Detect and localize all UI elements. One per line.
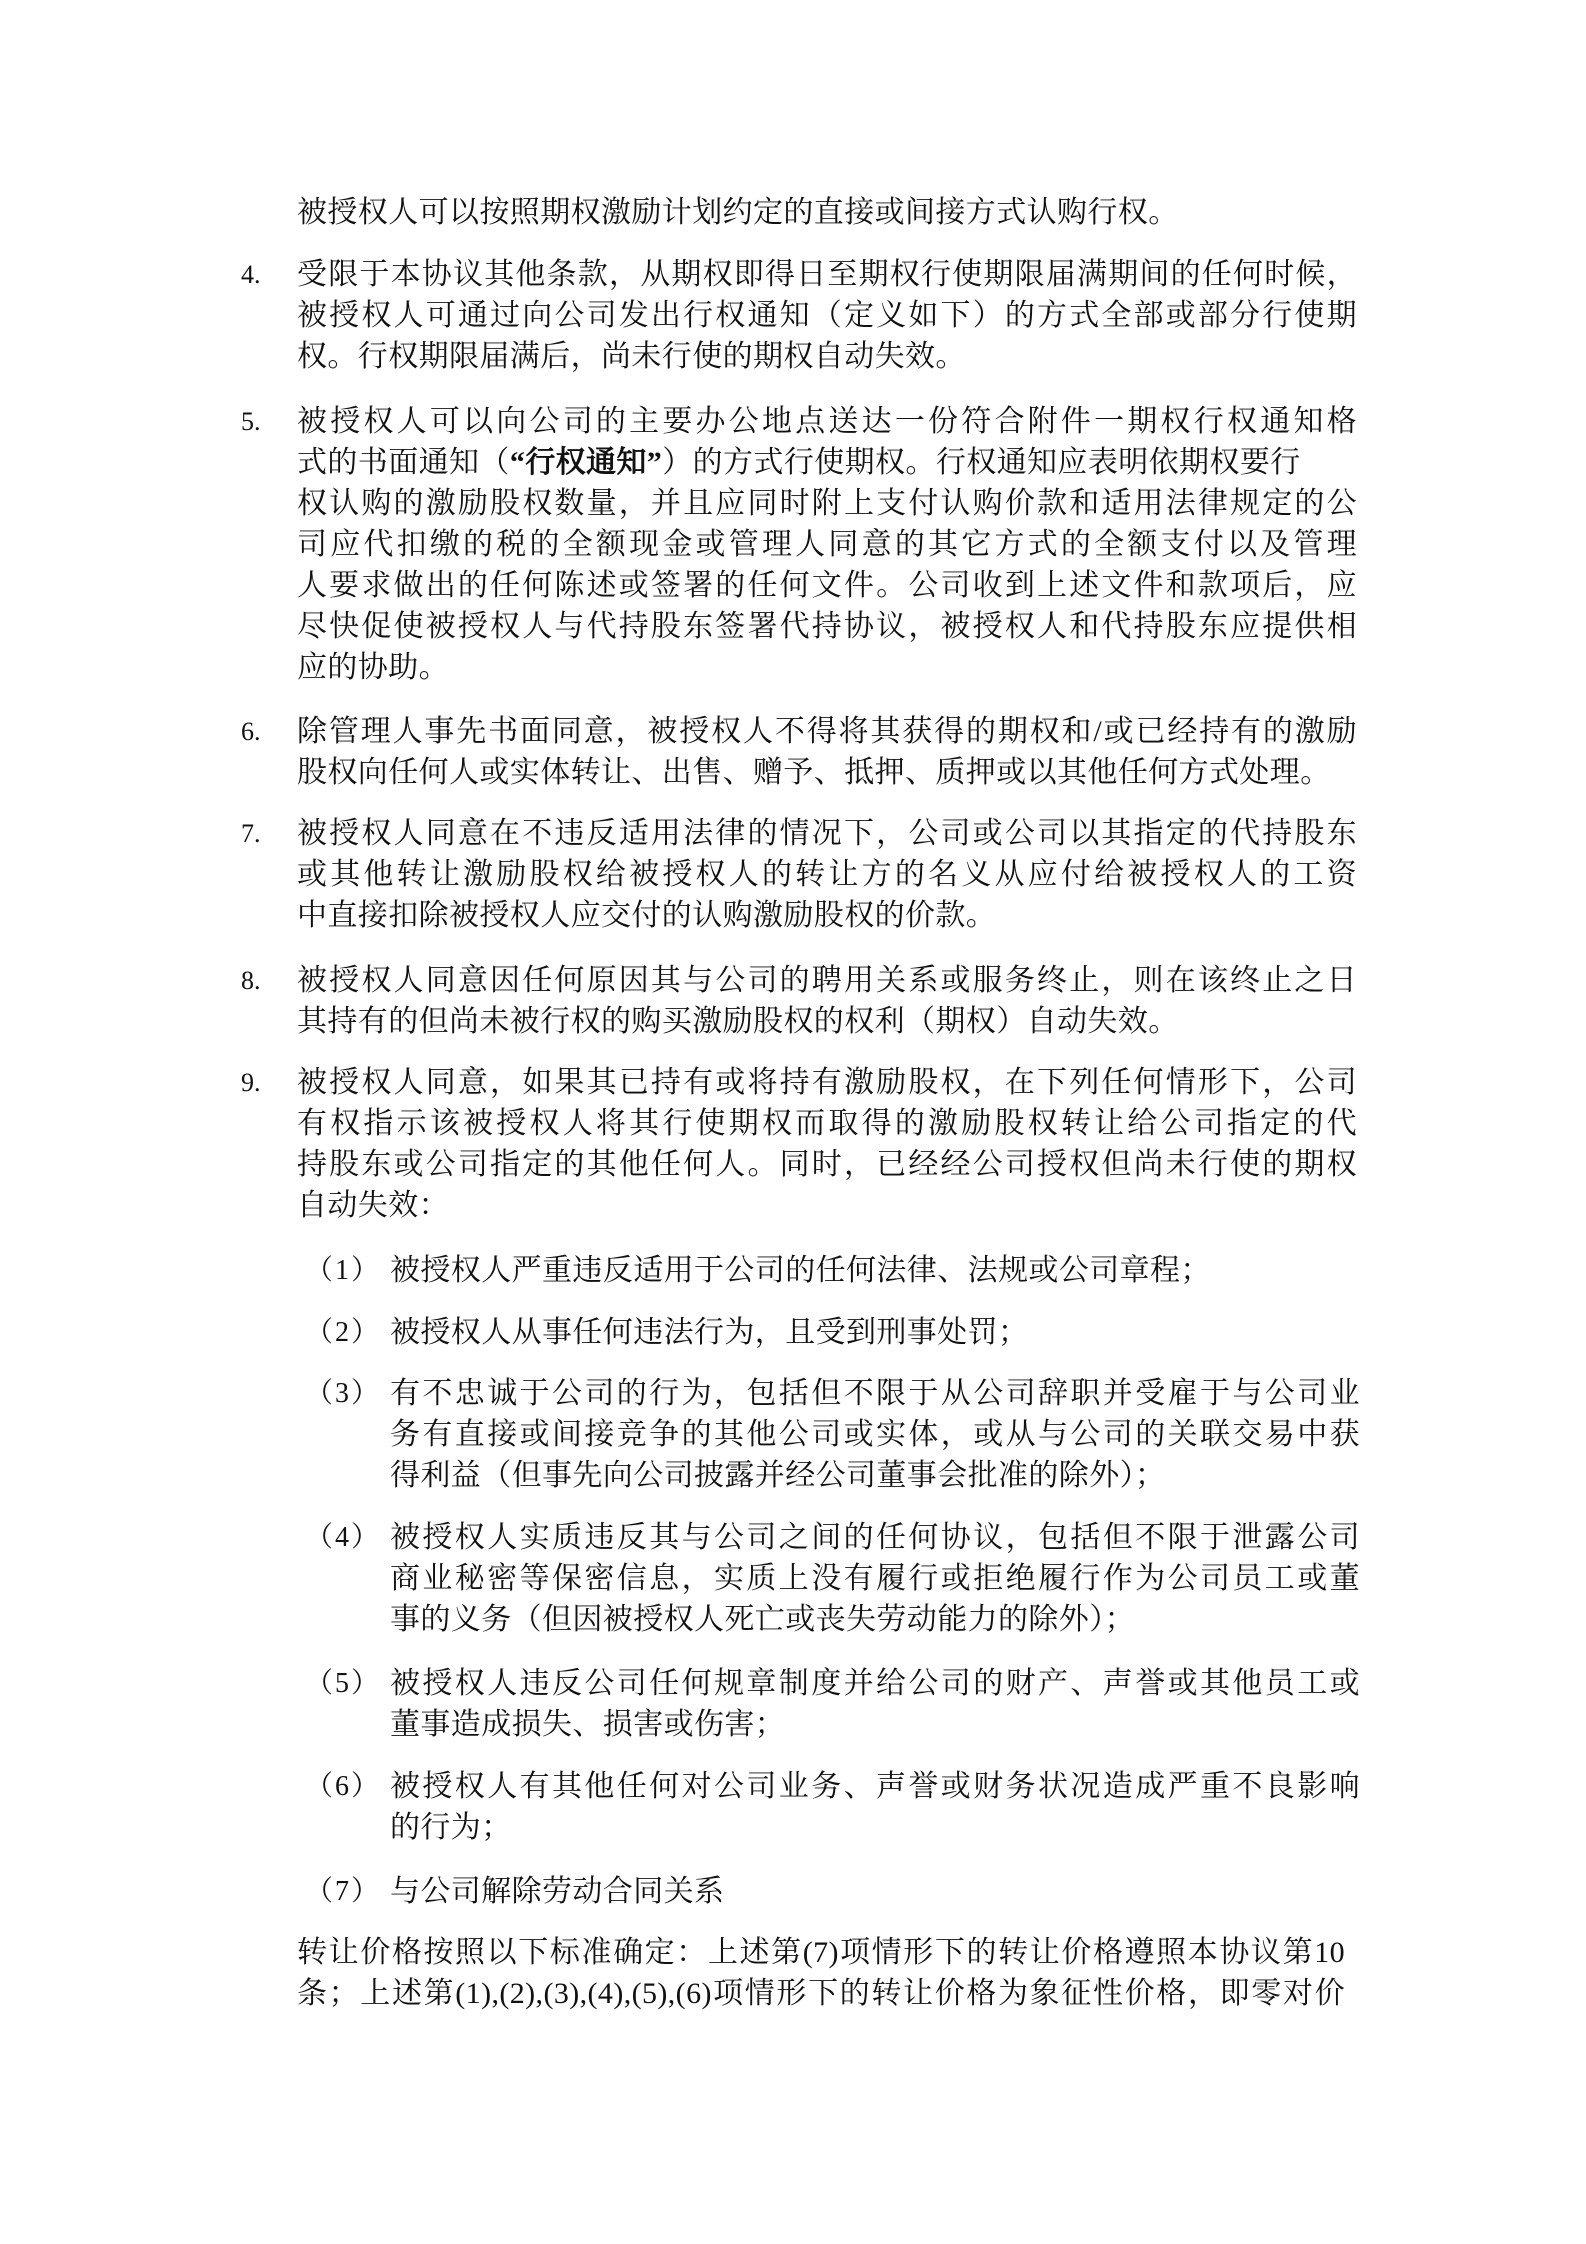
clause-number: 7.	[241, 813, 261, 854]
text-line: 自动失效：	[297, 1185, 1357, 1226]
text-line: 被授权人有其他任何对公司业务、声誉或财务状况造成严重不良影响	[390, 1766, 1360, 1807]
text-segment: ）的方式行使期权。行权通知应表明依期权要行	[662, 446, 1300, 479]
sub-item-number: （3）	[305, 1373, 381, 1414]
text-line: 得利益（但事先向公司披露并经公司董事会批准的除外）；	[390, 1455, 1360, 1496]
text-line: 被授权人同意，如果其已持有或将持有激励股权，在下列任何情形下，公司	[297, 1062, 1357, 1103]
text-line: 中直接扣除被授权人应交付的认购激励股权的价款。	[297, 895, 1357, 936]
text-line: 式的书面通知（“行权通知”）的方式行使期权。行权通知应表明依期权要行	[297, 442, 1357, 483]
clause-body: 被授权人可以向公司的主要办公地点送达一份符合附件一期权行权通知格 式的书面通知（…	[297, 401, 1357, 688]
sub-item-body: 被授权人严重违反适用于公司的任何法律、法规或公司章程；	[390, 1250, 1360, 1291]
text-line: 司应代扣缴的税的全额现金或管理人同意的其它方式的全额支付以及管理	[297, 524, 1357, 565]
paragraph-body: 被授权人可以按照期权激励计划约定的直接或间接方式认购行权。	[297, 192, 1357, 233]
sub-item-number: （5）	[305, 1663, 381, 1704]
sub-item-body: 被授权人违反公司任何规章制度并给公司的财产、声誉或其他员工或 董事造成损失、损害…	[390, 1663, 1360, 1745]
sub-item-body: 被授权人从事任何违法行为，且受到刑事处罚；	[390, 1312, 1360, 1353]
text-line: 被授权人同意在不违反适用法律的情况下，公司或公司以其指定的代持股东	[297, 813, 1357, 854]
text-line: 股权向任何人或实体转让、出售、赠予、抵押、质押或以其他任何方式处理。	[297, 752, 1357, 793]
text-line: 被授权人从事任何违法行为，且受到刑事处罚；	[390, 1312, 1360, 1353]
text-line: 有不忠诚于公司的行为，包括但不限于从公司辞职并受雇于与公司业	[390, 1373, 1360, 1414]
clause-body: 被授权人同意，如果其已持有或将持有激励股权，在下列任何情形下，公司 有权指示该被…	[297, 1062, 1357, 1226]
text-line: 被授权人同意因任何原因其与公司的聘用关系或服务终止，则在该终止之日	[297, 960, 1357, 1001]
text-line: 被授权人可以向公司的主要办公地点送达一份符合附件一期权行权通知格	[297, 401, 1357, 442]
clause-body: 除管理人事先书面同意，被授权人不得将其获得的期权和/或已经持有的激励 股权向任何…	[297, 711, 1357, 793]
text-line: 被授权人可通过向公司发出行权通知（定义如下）的方式全部或部分行使期	[297, 295, 1357, 336]
text-line: 董事造成损失、损害或伤害；	[390, 1704, 1360, 1745]
clause-number: 4.	[241, 254, 261, 295]
text-line: 人要求做出的任何陈述或签署的任何文件。公司收到上述文件和款项后，应	[297, 565, 1357, 606]
sub-item-body: 有不忠诚于公司的行为，包括但不限于从公司辞职并受雇于与公司业 务有直接或间接竞争…	[390, 1373, 1360, 1496]
text-line: 尽快促使被授权人与代持股东签署代持协议，被授权人和代持股东应提供相	[297, 606, 1357, 647]
text-line: 有权指示该被授权人将其行使期权而取得的激励股权转让给公司指定的代	[297, 1103, 1357, 1144]
text-line: 务有直接或间接竞争的其他公司或实体，或从与公司的关联交易中获	[390, 1414, 1360, 1455]
clause-body: 受限于本协议其他条款，从期权即得日至期权行使期限届满期间的任何时候， 被授权人可…	[297, 254, 1357, 377]
text-line: 转让价格按照以下标准确定：上述第(7)项情形下的转让价格遵照本协议第10	[297, 1932, 1345, 1973]
text-line: 条；上述第(1),(2),(3),(4),(5),(6)项情形下的转让价格为象征…	[297, 1973, 1345, 2014]
clause-number: 9.	[241, 1062, 261, 1103]
text-line: 权。行权期限届满后，尚未行使的期权自动失效。	[297, 336, 1357, 377]
document-page: 被授权人可以按照期权激励计划约定的直接或间接方式认购行权。 4. 受限于本协议其…	[0, 0, 1586, 2244]
text-line: 与公司解除劳动合同关系	[390, 1871, 1360, 1912]
text-line: 的行为；	[390, 1807, 1360, 1848]
sub-item-number: （2）	[305, 1312, 381, 1353]
text-line: 被授权人违反公司任何规章制度并给公司的财产、声誉或其他员工或	[390, 1663, 1360, 1704]
text-line: 被授权人可以按照期权激励计划约定的直接或间接方式认购行权。	[297, 192, 1357, 233]
text-line: 或其他转让激励股权给被授权人的转让方的名义从应付给被授权人的工资	[297, 854, 1357, 895]
text-line: 商业秘密等保密信息，实质上没有履行或拒绝履行作为公司员工或董	[390, 1558, 1360, 1599]
text-line: 被授权人实质违反其与公司之间的任何协议，包括但不限于泄露公司	[390, 1517, 1360, 1558]
sub-item-number: （7）	[305, 1871, 381, 1912]
defined-term-exercise-notice: “行权通知”	[510, 446, 662, 479]
text-line: 除管理人事先书面同意，被授权人不得将其获得的期权和/或已经持有的激励	[297, 711, 1357, 752]
sub-item-number: （4）	[305, 1517, 381, 1558]
text-line: 事的义务（但因被授权人死亡或丧失劳动能力的除外）；	[390, 1599, 1360, 1640]
sub-item-body: 与公司解除劳动合同关系	[390, 1871, 1360, 1912]
paragraph-body: 转让价格按照以下标准确定：上述第(7)项情形下的转让价格遵照本协议第10 条；上…	[297, 1932, 1345, 2014]
sub-item-number: （6）	[305, 1766, 381, 1807]
text-line: 权认购的激励股权数量，并且应同时附上支付认购价款和适用法律规定的公	[297, 483, 1357, 524]
text-segment: 式的书面通知（	[297, 446, 510, 479]
clause-number: 6.	[241, 711, 261, 752]
clause-number: 8.	[241, 960, 261, 1001]
sub-item-body: 被授权人有其他任何对公司业务、声誉或财务状况造成严重不良影响 的行为；	[390, 1766, 1360, 1848]
text-line: 持股东或公司指定的其他任何人。同时，已经经公司授权但尚未行使的期权	[297, 1144, 1357, 1185]
text-line: 受限于本协议其他条款，从期权即得日至期权行使期限届满期间的任何时候，	[297, 254, 1357, 295]
text-line: 应的协助。	[297, 647, 1357, 688]
text-line: 其持有的但尚未被行权的购买激励股权的权利（期权）自动失效。	[297, 1001, 1357, 1042]
clause-body: 被授权人同意在不违反适用法律的情况下，公司或公司以其指定的代持股东 或其他转让激…	[297, 813, 1357, 936]
sub-item-body: 被授权人实质违反其与公司之间的任何协议，包括但不限于泄露公司 商业秘密等保密信息…	[390, 1517, 1360, 1640]
clause-body: 被授权人同意因任何原因其与公司的聘用关系或服务终止，则在该终止之日 其持有的但尚…	[297, 960, 1357, 1042]
clause-number: 5.	[241, 401, 261, 442]
sub-item-number: （1）	[305, 1250, 381, 1291]
text-line: 被授权人严重违反适用于公司的任何法律、法规或公司章程；	[390, 1250, 1360, 1291]
